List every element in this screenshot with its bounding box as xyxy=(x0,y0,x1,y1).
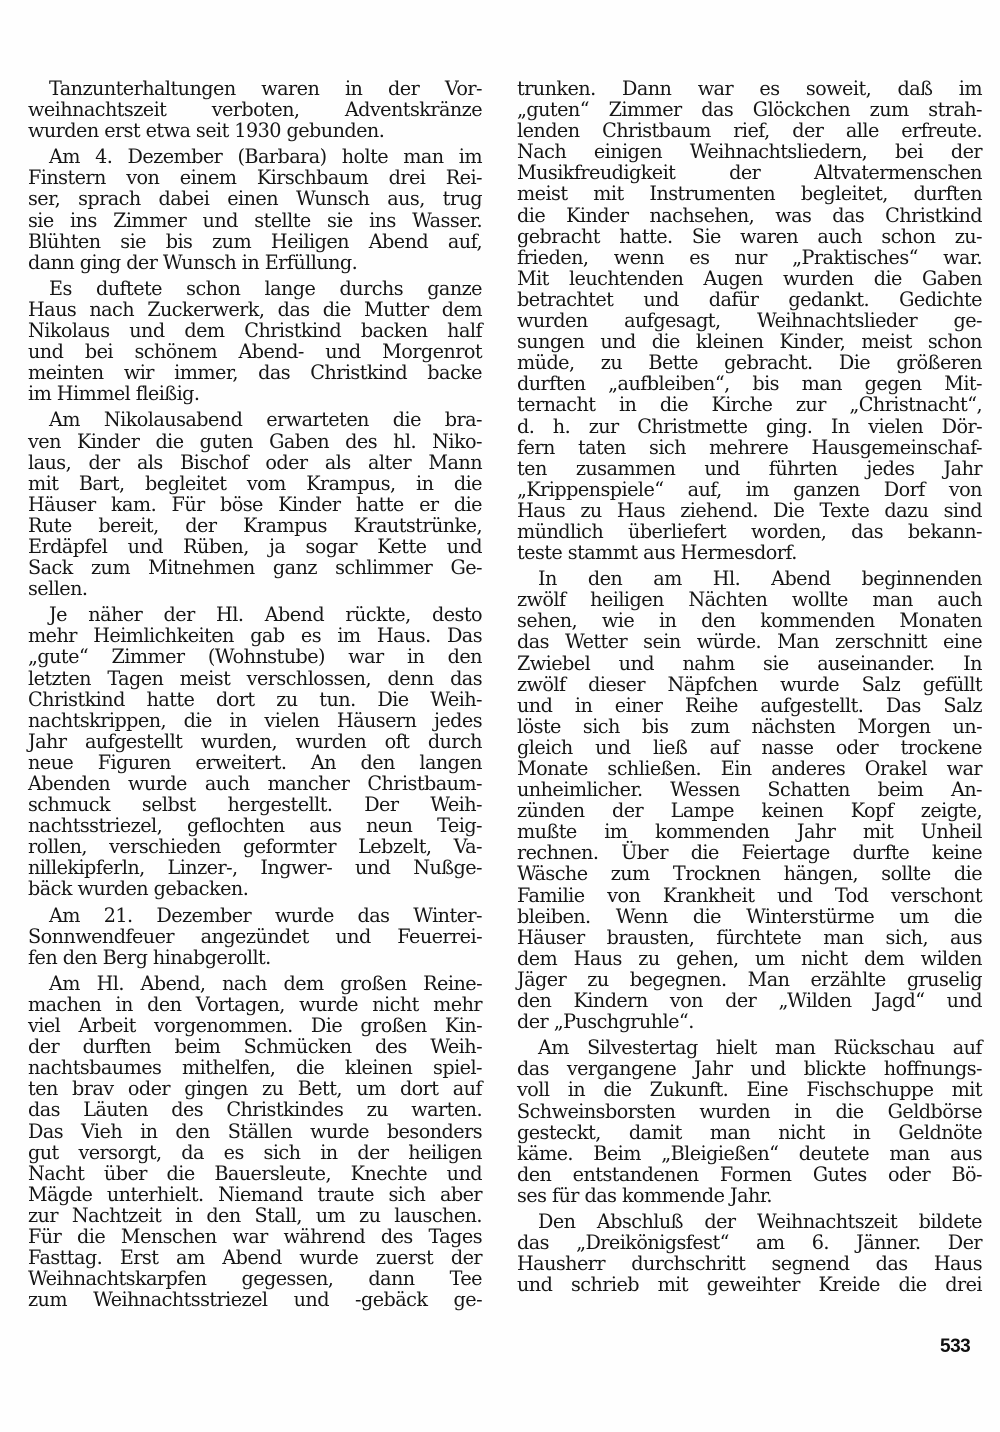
text-line: wurden erst etwa seit 1930 gebunden. xyxy=(28,120,482,141)
text-line: Blühten sie bis zum Heiligen Abend auf, xyxy=(28,231,482,252)
text-line: zwölf dieser Näpfchen wurde Salz gefüllt xyxy=(517,674,982,695)
text-line: ten brav oder gingen zu Bett, um dort au… xyxy=(28,1078,482,1099)
text-line: ternacht in die Kirche zur „Christnacht“… xyxy=(517,394,982,415)
paragraph: Am 21. Dezember wurde das Winter-Sonnwen… xyxy=(28,905,482,968)
text-line: Schweinsborsten wurden in die Geldbörse xyxy=(517,1101,982,1122)
text-line: viel Arbeit vorgenommen. Die großen Kin- xyxy=(28,1015,482,1036)
text-line: die Kinder nachsehen, was das Christkind xyxy=(517,205,982,226)
text-line: Nikolaus und dem Christkind backen half xyxy=(28,320,482,341)
text-line: bleiben. Wenn die Winterstürme um die xyxy=(517,906,982,927)
text-line: Das Vieh in den Ställen wurde besonders xyxy=(28,1121,482,1142)
text-line: schmuck selbst hergestellt. Der Weih- xyxy=(28,794,482,815)
text-line: der durften beim Schmücken des Weih- xyxy=(28,1036,482,1057)
text-line: sehen, wie in den kommenden Monaten xyxy=(517,610,982,631)
text-line: ven Kinder die guten Gaben des hl. Niko- xyxy=(28,431,482,452)
text-line: teste stammt aus Hermesdorf. xyxy=(517,542,982,563)
text-line: meist mit Instrumenten begleitet, durfte… xyxy=(517,183,982,204)
text-line: und in einer Reihe aufgestellt. Das Salz xyxy=(517,695,982,716)
paragraph: In den am Hl. Abend beginnendenzwölf hei… xyxy=(517,568,982,1032)
text-line: Familie von Krankheit und Tod verschont xyxy=(517,885,982,906)
text-line: frieden, wenn es nur „Praktisches“ war. xyxy=(517,247,982,268)
text-line: zwölf heiligen Nächten wollte man auch xyxy=(517,589,982,610)
text-line: letzten Tagen meist verschlossen, denn d… xyxy=(28,668,482,689)
document-page: Tanzunterhaltungen waren in der Vor-weih… xyxy=(0,0,1000,1432)
paragraph: Am 4. Dezember (Barbara) holte man imFin… xyxy=(28,146,482,273)
paragraph: Am Hl. Abend, nach dem großen Reine-mach… xyxy=(28,973,482,1311)
text-line: Erdäpfel und Rüben, ja sogar Kette und xyxy=(28,536,482,557)
text-line: zum Weihnachtsstriezel und -gebäck ge- xyxy=(28,1289,482,1310)
text-line: dem Haus zu gehen, um nicht dem wilden xyxy=(517,948,982,969)
left-column: Tanzunterhaltungen waren in der Vor-weih… xyxy=(28,78,482,1315)
text-line: lenden Christbaum rief, der alle erfreut… xyxy=(517,120,982,141)
text-line: zur Nachtzeit in den Stall, um zu lausch… xyxy=(28,1205,482,1226)
text-line: betrachtet und dafür gedankt. Gedichte xyxy=(517,289,982,310)
text-line: Wäsche zum Trocknen hängen, sollte die xyxy=(517,863,982,884)
text-line: im Himmel fleißig. xyxy=(28,383,482,404)
text-line: sellen. xyxy=(28,578,482,599)
text-line: den Kindern von der „Wilden Jagd“ und xyxy=(517,990,982,1011)
text-line: mündlich überliefert worden, das bekann- xyxy=(517,521,982,542)
text-line: Am Silvestertag hielt man Rückschau auf xyxy=(517,1037,982,1058)
paragraph: Es duftete schon lange durchs ganzeHaus … xyxy=(28,278,482,405)
text-line: Häuser brausten, fürchtete man sich, aus xyxy=(517,927,982,948)
page-number: 533 xyxy=(940,1336,970,1358)
text-line: Tanzunterhaltungen waren in der Vor- xyxy=(28,78,482,99)
text-line: Je näher der Hl. Abend rückte, desto xyxy=(28,604,482,625)
text-line: sie ins Zimmer und stellte sie ins Wasse… xyxy=(28,210,482,231)
text-line: Weihnachtskarpfen gegessen, dann Tee xyxy=(28,1268,482,1289)
text-line: Für die Menschen war während des Tages xyxy=(28,1226,482,1247)
text-line: gesteckt, damit man nicht in Geldnöte xyxy=(517,1122,982,1143)
text-line: mehr Heimlichkeiten gab es im Haus. Das xyxy=(28,625,482,646)
text-line: sungen und die kleinen Kinder, meist sch… xyxy=(517,331,982,352)
text-line: nachtsstriezel, geflochten aus neun Teig… xyxy=(28,815,482,836)
text-line: Am Hl. Abend, nach dem großen Reine- xyxy=(28,973,482,994)
text-line: Am 4. Dezember (Barbara) holte man im xyxy=(28,146,482,167)
text-line: weihnachtszeit verboten, Adventskränze xyxy=(28,99,482,120)
text-line: nachtsbaumes mithelfen, die kleinen spie… xyxy=(28,1057,482,1078)
text-line: Es duftete schon lange durchs ganze xyxy=(28,278,482,299)
text-line: gut versorgt, da es sich in der heiligen xyxy=(28,1142,482,1163)
text-line: wurden aufgesagt, Weihnachtslieder ge- xyxy=(517,310,982,331)
text-line: das vergangene Jahr und blickte hoffnung… xyxy=(517,1058,982,1079)
text-line: löste sich bis zum nächsten Morgen un- xyxy=(517,716,982,737)
text-line: ser, sprach dabei einen Wunsch aus, trug xyxy=(28,188,482,209)
text-line: Rute bereit, der Krampus Krautstrünke, xyxy=(28,515,482,536)
text-line: „guten“ Zimmer das Glöckchen zum strah- xyxy=(517,99,982,120)
text-line: und bei schönem Abend- und Morgenrot xyxy=(28,341,482,362)
text-line: Hausherr durchschritt segnend das Haus xyxy=(517,1253,982,1274)
text-line: Den Abschluß der Weihnachtszeit bildete xyxy=(517,1211,982,1232)
text-line: das „Dreikönigsfest“ am 6. Jänner. Der xyxy=(517,1232,982,1253)
text-line: Zwiebel und nahm sie auseinander. In xyxy=(517,653,982,674)
paragraph: Je näher der Hl. Abend rückte, destomehr… xyxy=(28,604,482,899)
text-line: ten zusammen und führten jedes Jahr xyxy=(517,458,982,479)
text-line: gebracht hatte. Sie waren auch schon zu- xyxy=(517,226,982,247)
paragraph: Am Silvestertag hielt man Rückschau aufd… xyxy=(517,1037,982,1206)
text-line: mußte im kommenden Jahr mit Unheil xyxy=(517,821,982,842)
text-line: Sonnwendfeuer angezündet und Feuerrei- xyxy=(28,926,482,947)
text-line: das Läuten des Christkindes zu warten. xyxy=(28,1099,482,1120)
text-line: Christkind hatte dort zu tun. Die Weih- xyxy=(28,689,482,710)
text-line: nillekipferln, Linzer-, Ingwer- und Nußg… xyxy=(28,857,482,878)
text-line: Mit leuchtenden Augen wurden die Gaben xyxy=(517,268,982,289)
text-line: Haus nach Zuckerwerk, das die Mutter dem xyxy=(28,299,482,320)
text-line: müde, zu Bette gebracht. Die größeren xyxy=(517,352,982,373)
text-line: Sack zum Mitnehmen ganz schlimmer Ge- xyxy=(28,557,482,578)
text-line: rollen, verschieden geformter Lebzelt, V… xyxy=(28,836,482,857)
right-column: trunken. Dann war es soweit, daß im„gute… xyxy=(517,78,982,1300)
text-line: rechnen. Über die Feiertage durfte keine xyxy=(517,842,982,863)
text-line: machen in den Vortagen, wurde nicht mehr xyxy=(28,994,482,1015)
text-line: dann ging der Wunsch in Erfüllung. xyxy=(28,252,482,273)
text-line: laus, der als Bischof oder als alter Man… xyxy=(28,452,482,473)
text-line: der „Puschgruhle“. xyxy=(517,1011,982,1032)
text-line: fen den Berg hinabgerollt. xyxy=(28,947,482,968)
text-line: zünden der Lampe keinen Kopf zeigte, xyxy=(517,800,982,821)
text-line: gleich und ließ auf nasse oder trockene xyxy=(517,737,982,758)
text-line: Musikfreudigkeit der Altvatermenschen xyxy=(517,162,982,183)
paragraph: Am Nikolausabend erwarteten die bra-ven … xyxy=(28,409,482,599)
text-line: Mägde unterhielt. Niemand traute sich ab… xyxy=(28,1184,482,1205)
text-line: Nach einigen Weihnachtsliedern, bei der xyxy=(517,141,982,162)
text-line: nachtskrippen, die in vielen Häusern jed… xyxy=(28,710,482,731)
text-line: und schrieb mit geweihter Kreide die dre… xyxy=(517,1274,982,1295)
text-line: „gute“ Zimmer (Wohnstube) war in den xyxy=(28,646,482,667)
text-line: In den am Hl. Abend beginnenden xyxy=(517,568,982,589)
paragraph: Tanzunterhaltungen waren in der Vor-weih… xyxy=(28,78,482,141)
text-line: neue Figuren erweitert. An den langen xyxy=(28,752,482,773)
text-line: bäck wurden gebacken. xyxy=(28,878,482,899)
text-line: fern taten sich mehrere Hausgemeinschaf- xyxy=(517,437,982,458)
text-line: voll in die Zukunft. Eine Fischschuppe m… xyxy=(517,1079,982,1100)
text-line: Am 21. Dezember wurde das Winter- xyxy=(28,905,482,926)
text-line: Häuser kam. Für böse Kinder hatte er die xyxy=(28,494,482,515)
text-line: Haus zu Haus ziehend. Die Texte dazu sin… xyxy=(517,500,982,521)
text-line: d. h. zur Christmette ging. In vielen Dö… xyxy=(517,416,982,437)
text-line: Nacht über die Bauersleute, Knechte und xyxy=(28,1163,482,1184)
text-line: mit Bart, begleitet vom Krampus, in die xyxy=(28,473,482,494)
text-line: „Krippenspiele“ auf, im ganzen Dorf von xyxy=(517,479,982,500)
text-line: trunken. Dann war es soweit, daß im xyxy=(517,78,982,99)
text-line: Jäger zu begegnen. Man erzählte gruselig xyxy=(517,969,982,990)
text-line: meinten wir immer, das Christkind backe xyxy=(28,362,482,383)
text-line: Fasttag. Erst am Abend wurde zuerst der xyxy=(28,1247,482,1268)
text-line: ses für das kommende Jahr. xyxy=(517,1185,982,1206)
text-line: käme. Beim „Bleigießen“ deutete man aus xyxy=(517,1143,982,1164)
text-line: Abenden wurde auch mancher Christbaum- xyxy=(28,773,482,794)
text-line: Am Nikolausabend erwarteten die bra- xyxy=(28,409,482,430)
paragraph: trunken. Dann war es soweit, daß im„gute… xyxy=(517,78,982,563)
paragraph: Den Abschluß der Weihnachtszeit bildeted… xyxy=(517,1211,982,1295)
text-line: Monate schließen. Ein anderes Orakel war xyxy=(517,758,982,779)
text-line: unheimlicher. Wessen Schatten beim An- xyxy=(517,779,982,800)
text-line: den entstandenen Formen Gutes oder Bö- xyxy=(517,1164,982,1185)
text-line: Jahr aufgestellt wurden, wurden oft durc… xyxy=(28,731,482,752)
text-line: durften „aufbleiben“, bis man gegen Mit- xyxy=(517,373,982,394)
text-line: Finstern von einem Kirschbaum drei Rei- xyxy=(28,167,482,188)
text-line: das Wetter sein würde. Man zerschnitt ei… xyxy=(517,631,982,652)
